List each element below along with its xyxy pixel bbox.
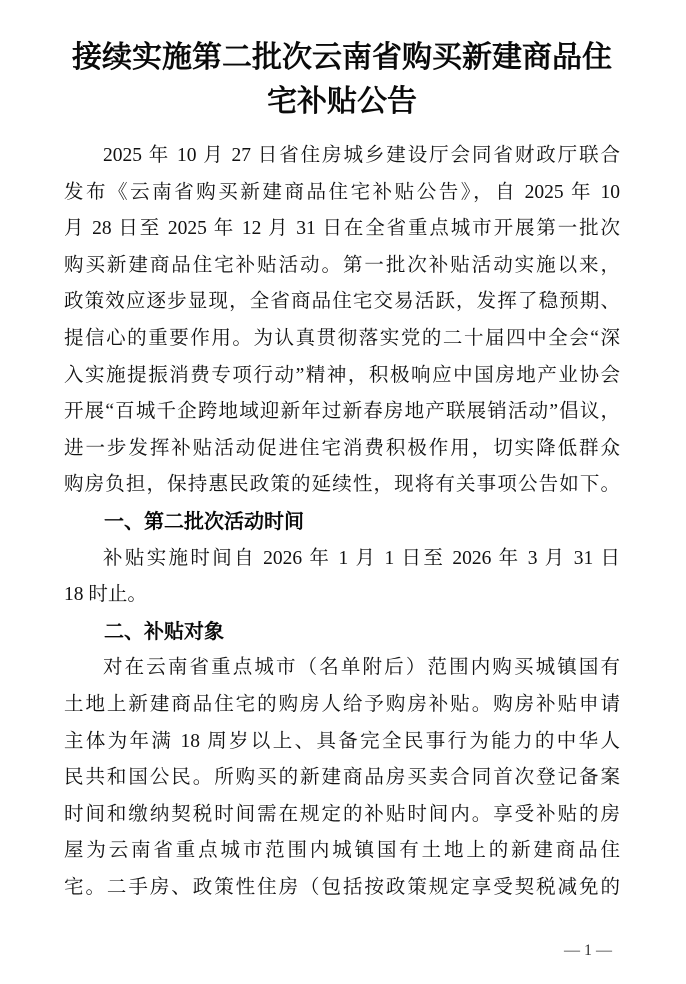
paragraph-line: 时间和缴纳契税时间需在规定的补贴时间内。享受补贴的房 [64, 797, 620, 834]
paragraph-line: 屋为云南省重点城市范围内城镇国有土地上的新建商品住 [64, 833, 620, 870]
section-heading: 一、第二批次活动时间 [64, 504, 620, 541]
paragraph-line: 月 28 日至 2025 年 12 月 31 日在全省重点城市开展第一批次 [64, 211, 620, 248]
document-content: 接续实施第二批次云南省购买新建商品住 宅补贴公告 2025 年 10 月 27 … [0, 0, 686, 906]
paragraph-line: 补贴实施时间自 2026 年 1 月 1 日至 2026 年 3 月 31 日 [64, 541, 620, 578]
document-body: 2025 年 10 月 27 日省住房城乡建设厅会同省财政厅联合发布《云南省购买… [64, 138, 620, 906]
paragraph-line: 主体为年满 18 周岁以上、具备完全民事行为能力的中华人 [64, 724, 620, 761]
paragraph-line: 进一步发挥补贴活动促进住宅消费积极作用，切实降低群众 [64, 431, 620, 468]
section-heading: 二、补贴对象 [64, 614, 620, 651]
paragraph-line: 对在云南省重点城市（名单附后）范围内购买城镇国有 [64, 650, 620, 687]
paragraph-line: 政策效应逐步显现，全省商品住宅交易活跃，发挥了稳预期、 [64, 284, 620, 321]
paragraph-line: 发布《云南省购买新建商品住宅补贴公告》，自 2025 年 10 [64, 175, 620, 212]
page-number: — 1 — [564, 941, 612, 961]
paragraph-line: 购房负担，保持惠民政策的延续性，现将有关事项公告如下。 [64, 467, 620, 504]
paragraph-line: 购买新建商品住宅补贴活动。第一批次补贴活动实施以来， [64, 248, 620, 285]
paragraph-line: 宅。二手房、政策性住房（包括按政策规定享受契税减免的 [64, 870, 620, 907]
paragraph-line: 2025 年 10 月 27 日省住房城乡建设厅会同省财政厅联合 [64, 138, 620, 175]
paragraph-line: 入实施提振消费专项行动”精神，积极响应中国房地产业协会 [64, 358, 620, 395]
paragraph-line: 土地上新建商品住宅的购房人给予购房补贴。购房补贴申请 [64, 687, 620, 724]
paragraph-line: 提信心的重要作用。为认真贯彻落实党的二十届四中全会“深 [64, 321, 620, 358]
paragraph-line: 18 时止。 [64, 577, 620, 614]
paragraph-line: 民共和国公民。所购买的新建商品房买卖合同首次登记备案 [64, 760, 620, 797]
document-title-line-1: 接续实施第二批次云南省购买新建商品住 [64, 36, 620, 80]
document-page: 接续实施第二批次云南省购买新建商品住 宅补贴公告 2025 年 10 月 27 … [0, 0, 686, 984]
paragraph-line: 开展“百城千企跨地域迎新年过新春房地产联展销活动”倡议， [64, 394, 620, 431]
document-title: 接续实施第二批次云南省购买新建商品住 宅补贴公告 [64, 36, 620, 124]
document-title-line-2: 宅补贴公告 [64, 80, 620, 124]
